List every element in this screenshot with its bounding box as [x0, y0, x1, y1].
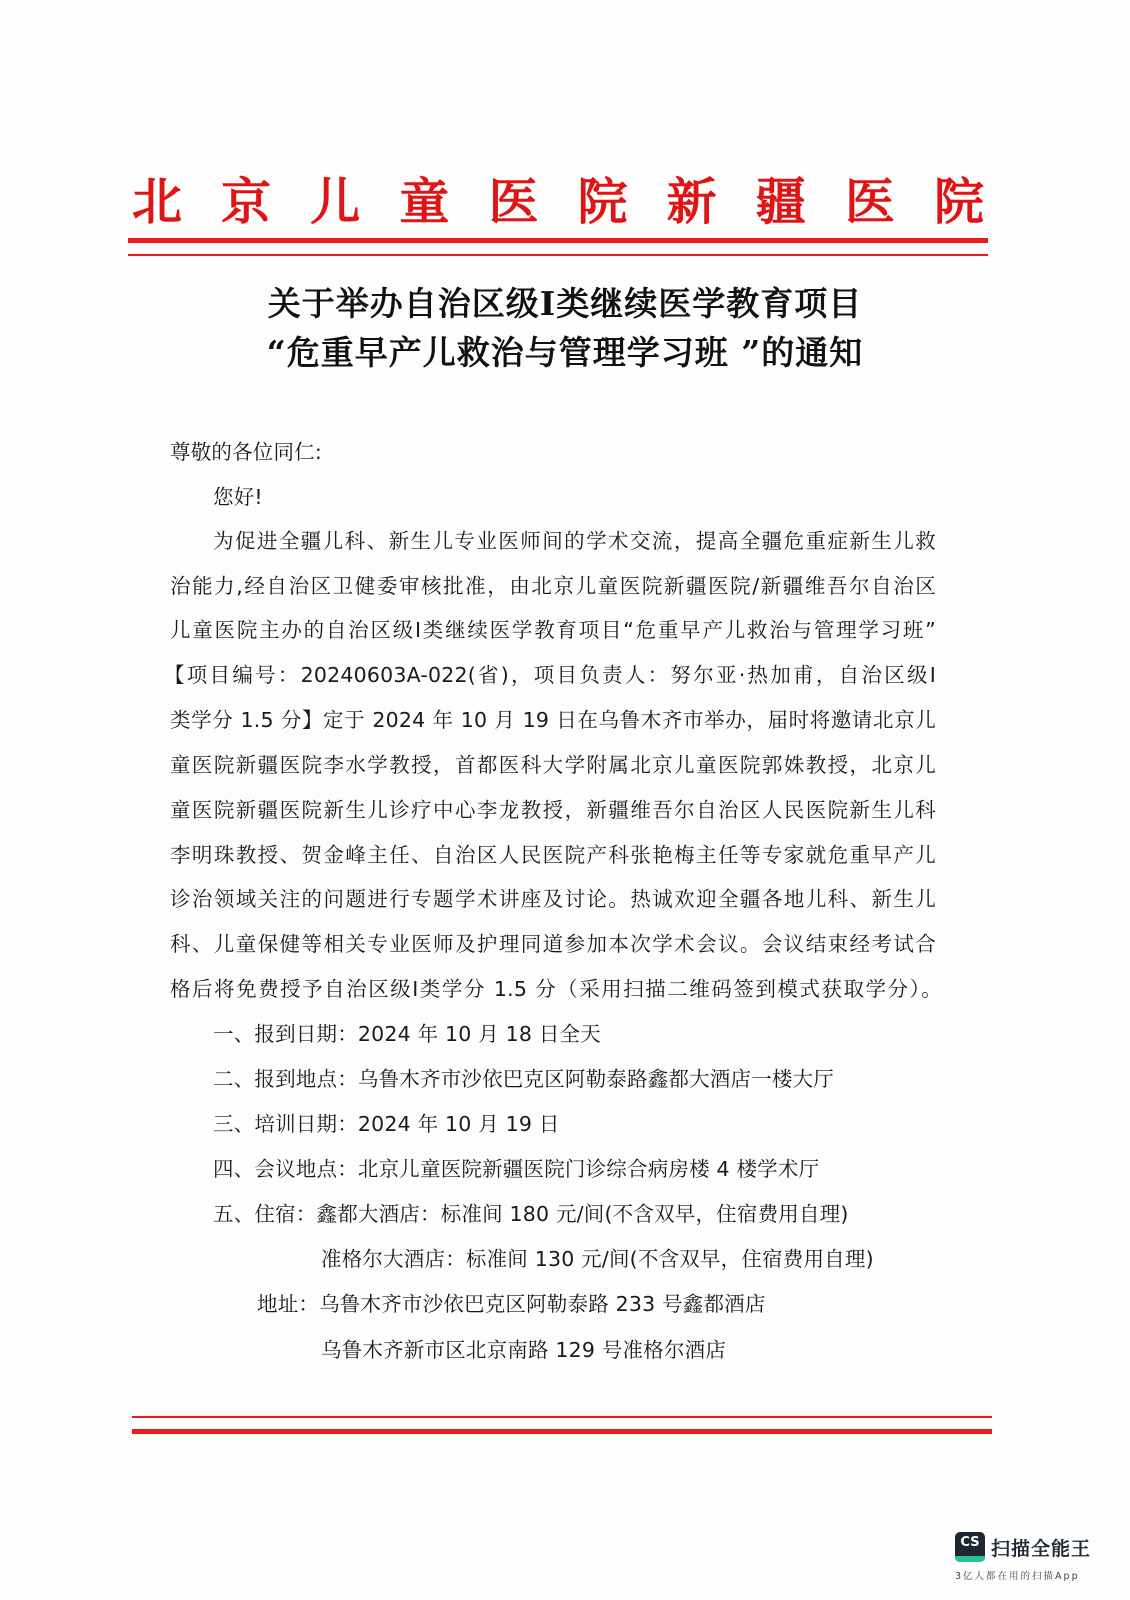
header-rule-thick: [128, 238, 988, 243]
body-line: 诊治领域关注的问题进行专题学术讲座及讨论。热诚欢迎全疆各地儿科、新生儿: [170, 882, 936, 912]
info-label: 四、会议地点：: [213, 1157, 358, 1181]
camscanner-watermark: CS 扫描全能王 3亿人都在用的扫描App: [955, 1530, 1125, 1590]
body-line: 格后将免费授予自治区级Ⅰ类学分 1.5 分（采用扫描二维码签到模式获取学分）。: [170, 972, 942, 1002]
letterhead-char: 童: [395, 162, 453, 234]
header-rule-thin: [128, 254, 988, 256]
letterhead-char: 医: [484, 162, 542, 234]
body-line: 为促进全疆儿科、新生儿专业医师间的学术交流，提高全疆危重症新生儿救: [213, 524, 936, 554]
watermark-app-name: 扫描全能王: [991, 1534, 1091, 1561]
letterhead-char: 疆: [752, 162, 810, 234]
scanned-document-page: 北 京 儿 童 医 院 新 疆 医 院 关于举办自治区级Ⅰ类继续医学教育项目 “…: [0, 0, 1130, 1600]
info-item-registration-date: 一、报到日期：2024 年 10 月 18 日全天: [213, 1017, 601, 1047]
info-value: 2024 年 10 月 18 日全天: [358, 1022, 601, 1046]
watermark-tagline: 3亿人都在用的扫描App: [955, 1568, 1080, 1582]
body-line: 科、儿童保健等相关专业医师及护理同道参加本次学术会议。会议结束经考试合: [170, 927, 936, 957]
info-item-lodging: 五、住宿：鑫都大酒店：标准间 180 元/间(不含双早，住宿费用自理): [213, 1197, 849, 1227]
body-line: 【项目编号：20240603A-022(省)，项目负责人：努尔亚·热加甫，自治区…: [164, 658, 936, 688]
camscanner-logo-icon: CS: [955, 1532, 985, 1562]
address-item: 地址：乌鲁木齐市沙依巴克区阿勒泰路 233 号鑫都酒店: [257, 1287, 766, 1317]
body-line: 儿童医院主办的自治区级Ⅰ类继续医学教育项目“危重早产儿救治与管理学习班”: [170, 613, 936, 643]
body-line: 童医院新疆医院李水学教授，首都医科大学附属北京儿童医院郭姝教授，北京儿: [170, 748, 936, 778]
info-label: 二、报到地点：: [213, 1067, 358, 1091]
letterhead-char: 儿: [306, 162, 364, 234]
info-item-registration-place: 二、报到地点：乌鲁木齐市沙依巴克区阿勒泰路鑫都大酒店一楼大厅: [213, 1062, 834, 1092]
address-label: 地址：: [257, 1292, 319, 1316]
lodging-second-hotel: 准格尔大酒店：标准间 130 元/间(不含双早，住宿费用自理): [321, 1242, 874, 1272]
letterhead-char: 北: [128, 162, 186, 234]
address-line-2: 乌鲁木齐新市区北京南路 129 号准格尔酒店: [321, 1333, 726, 1363]
info-value: 北京儿童医院新疆医院门诊综合病房楼 4 楼学术厅: [358, 1157, 819, 1181]
footer-rule-thick: [132, 1429, 992, 1434]
letterhead-char: 院: [930, 162, 988, 234]
body-line: 童医院新疆医院新生儿诊疗中心李龙教授，新疆维吾尔自治区人民医院新生儿科: [170, 793, 936, 823]
notice-title-line-1: 关于举办自治区级Ⅰ类继续医学教育项目: [0, 278, 1130, 325]
letterhead-hospital-name: 北 京 儿 童 医 院 新 疆 医 院: [128, 168, 988, 228]
body-line: 李明珠教授、贺金峰主任、自治区人民医院产科张艳梅主任等专家就危重早产儿: [170, 838, 936, 868]
body-line: 治能力,经自治区卫健委审核批准，由北京儿童医院新疆医院/新疆维吾尔自治区: [170, 569, 936, 599]
greeting: 您好!: [213, 480, 263, 510]
footer-rule-thin: [132, 1416, 992, 1418]
body-line: 类学分 1.5 分】定于 2024 年 10 月 19 日在乌鲁木齐市举办，届时…: [170, 703, 936, 733]
info-value: 鑫都大酒店：标准间 180 元/间(不含双早，住宿费用自理): [317, 1202, 849, 1226]
letterhead-char: 新: [663, 162, 721, 234]
info-label: 三、培训日期：: [213, 1112, 358, 1136]
info-item-meeting-place: 四、会议地点：北京儿童医院新疆医院门诊综合病房楼 4 楼学术厅: [213, 1152, 819, 1182]
letterhead-char: 京: [217, 162, 275, 234]
info-label: 一、报到日期：: [213, 1022, 358, 1046]
salutation: 尊敬的各位同仁:: [170, 435, 322, 465]
letterhead-char: 医: [841, 162, 899, 234]
info-item-training-date: 三、培训日期：2024 年 10 月 19 日: [213, 1107, 560, 1137]
notice-title-line-2: “危重早产儿救治与管理学习班 ”的通知: [0, 327, 1130, 374]
address-line-1: 乌鲁木齐市沙依巴克区阿勒泰路 233 号鑫都酒店: [319, 1292, 765, 1316]
info-value: 2024 年 10 月 19 日: [358, 1112, 560, 1136]
info-label: 五、住宿：: [213, 1202, 317, 1226]
info-value: 乌鲁木齐市沙依巴克区阿勒泰路鑫都大酒店一楼大厅: [358, 1067, 834, 1091]
letterhead-char: 院: [574, 162, 632, 234]
